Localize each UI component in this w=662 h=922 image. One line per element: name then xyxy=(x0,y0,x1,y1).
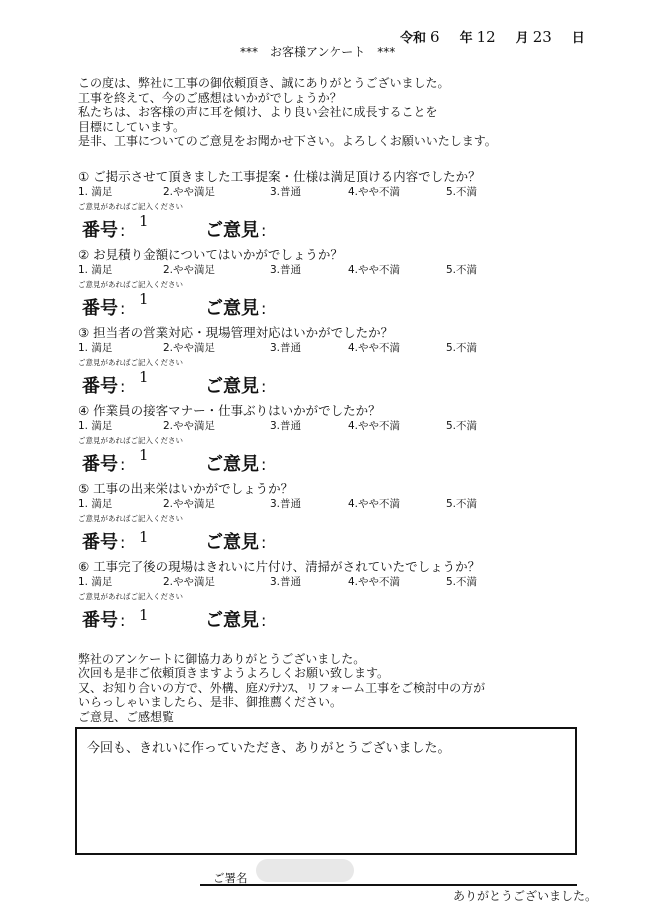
answer-number[interactable]: 1 xyxy=(139,446,149,464)
option-3: 3.普通 xyxy=(270,574,301,589)
hint-text: ご意見があればご記入ください xyxy=(78,279,183,290)
number-label: 番号: xyxy=(82,294,125,320)
day-unit: 日 xyxy=(572,31,585,46)
option-3: 3.普通 xyxy=(270,262,301,277)
signature-redacted-field[interactable] xyxy=(256,859,354,882)
option-4: 4.やや不満 xyxy=(348,262,400,277)
answer-row: 番号: 1 ご意見: xyxy=(82,446,382,472)
intro-text: この度は、弊社に工事の御依頼頂き、誠にありがとうございました。 工事を終えて、今… xyxy=(78,76,497,149)
option-2: 2.やや満足 xyxy=(163,262,215,277)
date-line: 令和6年12月23日 xyxy=(400,27,585,46)
rating-options: 1. 満足 2.やや満足 3.普通 4.やや不満 5.不満 xyxy=(78,574,498,588)
option-5: 5.不満 xyxy=(446,418,477,433)
closing-line: 弊社のアンケートに御協力ありがとうございました。 xyxy=(78,652,485,666)
opinion-label: ご意見: xyxy=(205,606,266,632)
answer-row: 番号: 1 ご意見: xyxy=(82,212,382,238)
answer-number[interactable]: 1 xyxy=(139,290,149,308)
option-1: 1. 満足 xyxy=(78,340,112,355)
question-1: ① ご掲示させて頂きました工事提案・仕様は満足頂ける内容でしたか？ xyxy=(78,167,481,185)
option-3: 3.普通 xyxy=(270,184,301,199)
opinion-label: ご意見: xyxy=(205,372,266,398)
number-label: 番号: xyxy=(82,216,125,242)
option-2: 2.やや満足 xyxy=(163,574,215,589)
comment-box[interactable]: 今回も、きれいに作っていただき、ありがとうございました。 xyxy=(75,727,577,855)
rating-options: 1. 満足 2.やや満足 3.普通 4.やや不満 5.不満 xyxy=(78,184,498,198)
closing-line: 又、お知り合いの方で、外構、庭ﾒﾝﾃﾅﾝｽ、リフォーム工事をご検討中の方が xyxy=(78,681,485,695)
answer-row: 番号: 1 ご意見: xyxy=(82,602,382,628)
closing-line: いらっしゃいましたら、是非、御推薦ください。 xyxy=(78,695,485,709)
question-4: ④ 作業員の接客マナー・仕事ぶりはいかがでしたか？ xyxy=(78,401,381,419)
opinion-label: ご意見: xyxy=(205,216,266,242)
rating-options: 1. 満足 2.やや満足 3.普通 4.やや不満 5.不満 xyxy=(78,340,498,354)
question-6: ⑥ 工事完了後の現場はきれいに片付け、清掃がされていたでしょうか？ xyxy=(78,557,480,575)
opinion-label: ご意見: xyxy=(205,450,266,476)
option-5: 5.不満 xyxy=(446,574,477,589)
intro-line: 工事を終えて、今のご感想はいかがでしょうか？ xyxy=(78,91,497,106)
answer-number[interactable]: 1 xyxy=(139,606,149,624)
rating-options: 1. 満足 2.やや満足 3.普通 4.やや不満 5.不満 xyxy=(78,496,498,510)
hint-text: ご意見があればご記入ください xyxy=(78,513,183,524)
hint-text: ご意見があればご記入ください xyxy=(78,357,183,368)
option-4: 4.やや不満 xyxy=(348,340,400,355)
year-value: 6 xyxy=(430,28,440,46)
intro-line: 是非、工事についてのご意見をお聞かせ下さい。よろしくお願いいたします。 xyxy=(78,134,497,149)
option-1: 1. 満足 xyxy=(78,262,112,277)
answer-number[interactable]: 1 xyxy=(139,528,149,546)
page-title: *** お客様アンケート *** xyxy=(240,43,395,60)
question-2: ② お見積り金額についてはいかがでしょうか？ xyxy=(78,245,343,263)
hint-text: ご意見があればご記入ください xyxy=(78,201,183,212)
closing-text: 弊社のアンケートに御協力ありがとうございました。 次回も是非ご依頼頂きますようよ… xyxy=(78,652,485,724)
era: 令和 xyxy=(400,31,426,46)
rating-options: 1. 満足 2.やや満足 3.普通 4.やや不満 5.不満 xyxy=(78,262,498,276)
answer-number[interactable]: 1 xyxy=(139,212,149,230)
signature-underline xyxy=(200,884,577,886)
hint-text: ご意見があればご記入ください xyxy=(78,591,183,602)
number-label: 番号: xyxy=(82,528,125,554)
option-2: 2.やや満足 xyxy=(163,418,215,433)
option-4: 4.やや不満 xyxy=(348,574,400,589)
comment-text: 今回も、きれいに作っていただき、ありがとうございました。 xyxy=(87,737,450,756)
option-1: 1. 満足 xyxy=(78,418,112,433)
option-1: 1. 満足 xyxy=(78,574,112,589)
hint-text: ご意見があればご記入ください xyxy=(78,435,183,446)
answer-number[interactable]: 1 xyxy=(139,368,149,386)
option-1: 1. 満足 xyxy=(78,184,112,199)
answer-row: 番号: 1 ご意見: xyxy=(82,368,382,394)
option-2: 2.やや満足 xyxy=(163,184,215,199)
month-value: 12 xyxy=(477,28,496,46)
option-5: 5.不満 xyxy=(446,340,477,355)
number-label: 番号: xyxy=(82,372,125,398)
comment-section-label: ご意見、ご感想覧 xyxy=(78,710,485,724)
intro-line: この度は、弊社に工事の御依頼頂き、誠にありがとうございました。 xyxy=(78,76,497,91)
option-4: 4.やや不満 xyxy=(348,496,400,511)
intro-line: 目標にしています。 xyxy=(78,120,497,135)
closing-line: 次回も是非ご依頼頂きますようよろしくお願い致します。 xyxy=(78,666,485,680)
footer-thanks: ありがとうございました。 xyxy=(453,887,597,904)
month-unit: 月 xyxy=(516,31,529,46)
opinion-label: ご意見: xyxy=(205,528,266,554)
option-4: 4.やや不満 xyxy=(348,184,400,199)
question-3: ③ 担当者の営業対応・現場管理対応はいかがでしたか？ xyxy=(78,323,393,341)
option-3: 3.普通 xyxy=(270,496,301,511)
number-label: 番号: xyxy=(82,606,125,632)
day-value: 23 xyxy=(533,28,552,46)
opinion-label: ご意見: xyxy=(205,294,266,320)
option-5: 5.不満 xyxy=(446,496,477,511)
option-1: 1. 満足 xyxy=(78,496,112,511)
option-3: 3.普通 xyxy=(270,418,301,433)
option-2: 2.やや満足 xyxy=(163,496,215,511)
answer-row: 番号: 1 ご意見: xyxy=(82,290,382,316)
option-5: 5.不満 xyxy=(446,262,477,277)
number-label: 番号: xyxy=(82,450,125,476)
question-5: ⑤ 工事の出来栄はいかがでしょうか？ xyxy=(78,479,293,497)
year-unit: 年 xyxy=(460,31,473,46)
rating-options: 1. 満足 2.やや満足 3.普通 4.やや不満 5.不満 xyxy=(78,418,498,432)
answer-row: 番号: 1 ご意見: xyxy=(82,524,382,550)
option-4: 4.やや不満 xyxy=(348,418,400,433)
option-5: 5.不満 xyxy=(446,184,477,199)
option-3: 3.普通 xyxy=(270,340,301,355)
option-2: 2.やや満足 xyxy=(163,340,215,355)
intro-line: 私たちは、お客様の声に耳を傾け、より良い会社に成長することを xyxy=(78,105,497,120)
